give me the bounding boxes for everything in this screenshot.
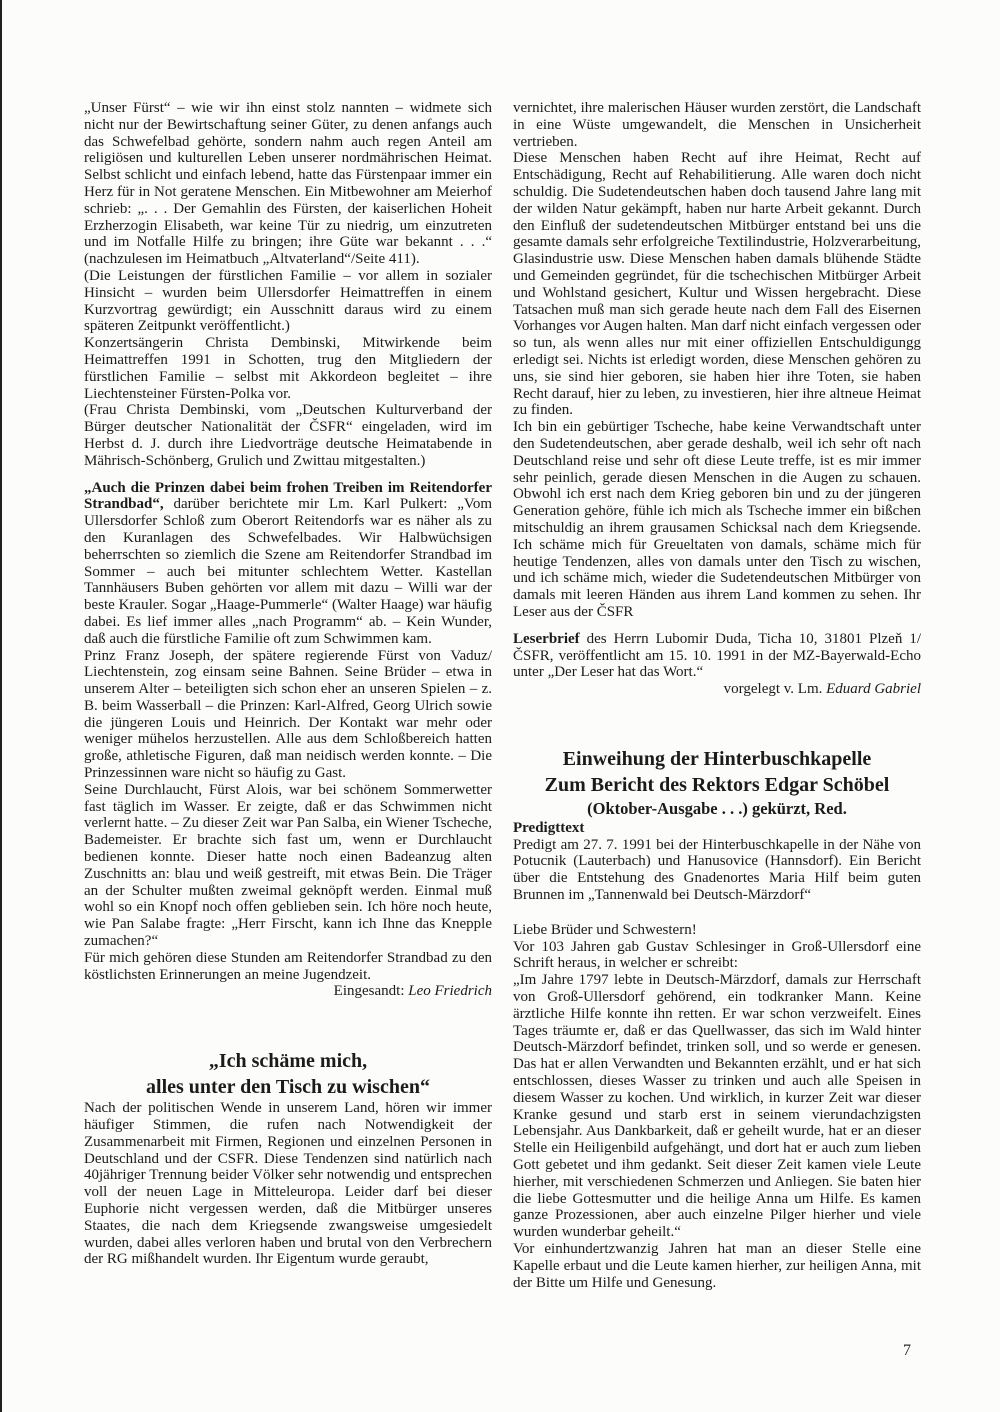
- heading-line-2: alles unter den Tisch zu wischen“: [146, 1076, 430, 1098]
- signature-eingesandt: Eingesandt: Leo Friedrich: [84, 983, 492, 1000]
- paragraph-fuerst-alois: Seine Durchlaucht, Fürst Alois, war bei …: [84, 782, 492, 950]
- paragraph-leistungen: (Die Leistungen der fürstlichen Familie …: [84, 268, 492, 335]
- article-heading-ich-schaeme: „Ich schäme mich,alles unter den Tisch z…: [84, 1048, 492, 1100]
- author-name-eduard-gabriel: Eduard Gabriel: [826, 681, 921, 697]
- paragraph-leserbrief: Leserbrief des Herrn Lubomir Duda, Ticha…: [513, 631, 921, 681]
- vorgelegt-label: vorgelegt v. Lm.: [724, 681, 826, 697]
- article-heading-einweihung: Einweihung der HinterbuschkapelleZum Ber…: [513, 746, 921, 798]
- paragraph-kapelle-erbaut: Vor einhundertzwanzig Jahren hat man an …: [513, 1241, 921, 1291]
- paragraph-stunden: Für mich gehören diese Stunden am Reiten…: [84, 950, 492, 984]
- paragraph-liebe-brueder: Liebe Brüder und Schwestern!: [513, 922, 921, 939]
- paragraph-dembinski-2: (Frau Christa Dembinski, vom „Deutschen …: [84, 402, 492, 469]
- kicker-predigttext: Predigttext: [513, 820, 921, 837]
- paragraph-unser-fuerst: „Unser Fürst“ – wie wir ihn einst stolz …: [84, 100, 492, 268]
- signature-vorgelegt: vorgelegt v. Lm. Eduard Gabriel: [513, 681, 921, 698]
- heading-line-1: „Ich schäme mich,: [209, 1050, 367, 1072]
- page-number: 7: [903, 1342, 911, 1360]
- right-column: vernichtet, ihre malerischen Häuser wurd…: [513, 100, 921, 1291]
- paragraph-gebuertiger-tscheche: Ich bin ein gebürtiger Tscheche, habe ke…: [513, 419, 921, 621]
- paragraph-predigt: Predigt am 27. 7. 1991 bei der Hinterbus…: [513, 837, 921, 904]
- strandbad-body: darüber berichtete mir Lm. Karl Pulkert:…: [84, 496, 492, 646]
- heading-line-2: Zum Bericht des Rektors Edgar Schöbel: [545, 774, 890, 796]
- paragraph-strandbad: „Auch die Prinzen dabei beim frohen Trei…: [84, 480, 492, 648]
- scanned-newsletter-page: „Unser Fürst“ – wie wir ihn einst stolz …: [0, 0, 1000, 1412]
- paragraph-dembinski: Konzertsängerin Christa Dembinski, Mitwi…: [84, 335, 492, 402]
- scan-edge-artifact: [0, 0, 2, 1412]
- signature-label: Eingesandt:: [334, 983, 409, 999]
- heading-line-1: Einweihung der Hinterbuschkapelle: [563, 748, 872, 770]
- author-name-leo-friedrich: Leo Friedrich: [408, 983, 492, 999]
- paragraph-recht-auf-heimat: Diese Menschen haben Recht auf ihre Heim…: [513, 150, 921, 419]
- paragraph-vor-103-jahren: Vor 103 Jahren gab Gustav Schlesinger in…: [513, 939, 921, 973]
- left-column: „Unser Fürst“ – wie wir ihn einst stolz …: [84, 100, 492, 1268]
- subheading-oktober-ausgabe: (Oktober-Ausgabe . . .) gekürzt, Red.: [513, 798, 921, 820]
- leserbrief-bold-lead: Leserbrief: [513, 631, 580, 647]
- paragraph-vernichtet: vernichtet, ihre malerischen Häuser wurd…: [513, 100, 921, 150]
- paragraph-prinz-franz-joseph: Prinz Franz Joseph, der spätere regieren…: [84, 648, 492, 782]
- paragraph-im-jahre-1797: „Im Jahre 1797 lebte in Deutsch-Märzdorf…: [513, 972, 921, 1241]
- paragraph-politische-wende: Nach der politischen Wende in unserem La…: [84, 1100, 492, 1268]
